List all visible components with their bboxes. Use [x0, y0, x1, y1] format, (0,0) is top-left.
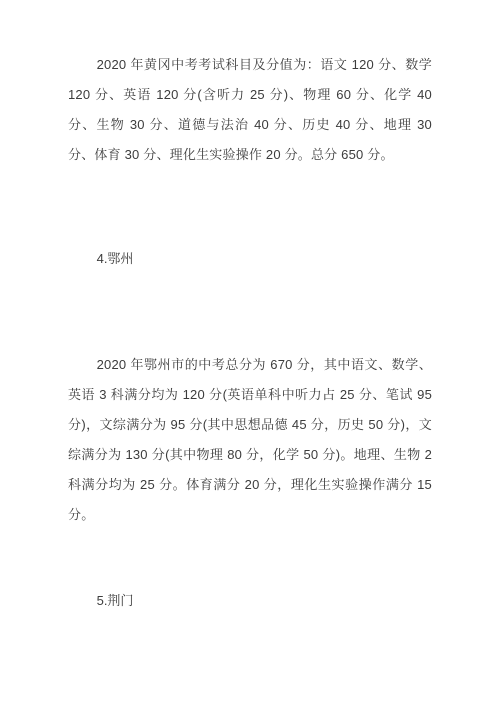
paragraph-ezhou-scores: 2020 年鄂州市的中考总分为 670 分，其中语文、数学、英语 3 科满分均为…	[68, 350, 432, 530]
paragraph-huanggang-scores: 2020 年黄冈中考考试科目及分值为：语文 120 分、数学 120 分、英语 …	[68, 50, 432, 170]
document-page: 2020 年黄冈中考考试科目及分值为：语文 120 分、数学 120 分、英语 …	[0, 0, 500, 707]
heading-jingmen: 5.荆门	[68, 586, 432, 616]
heading-ezhou: 4.鄂州	[68, 244, 432, 274]
